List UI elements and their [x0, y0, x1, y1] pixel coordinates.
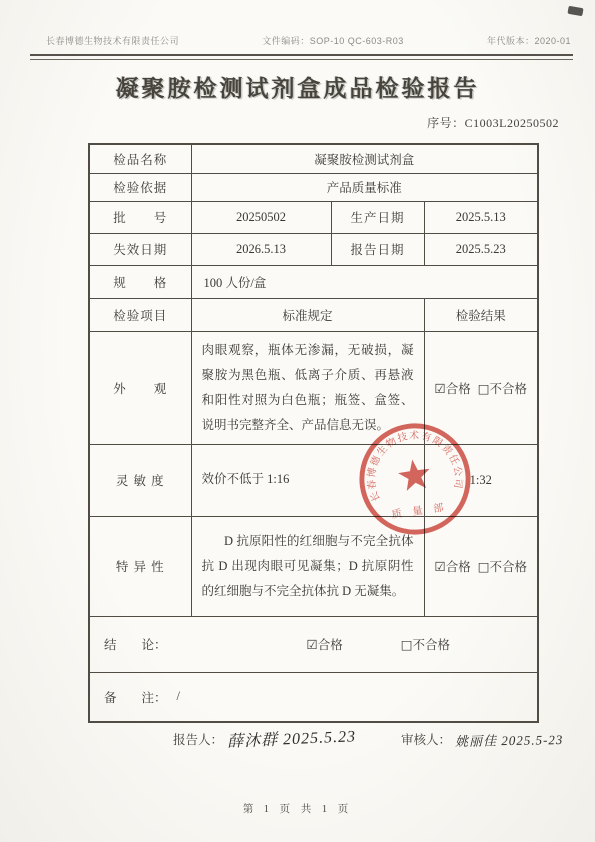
expiry-label: 失效日期 — [89, 233, 191, 265]
row-appearance: 外 观 肉眼观察，瓶体无渗漏，无破损，凝聚胺为黑色瓶、低离子介质、再悬液和阳性对… — [89, 331, 538, 444]
row-sensitivity: 灵 敏 度 效价不低于 1:16 1:32 — [89, 444, 538, 516]
row-inspection-basis: 检验依据 产品质量标准 — [89, 173, 538, 201]
specificity-standard: D 抗原阳性的红细胞与不完全抗体抗 D 出现肉眼可见凝集；D 抗原阴性的红细胞与… — [191, 516, 424, 616]
scanned-report-page: 长春博德生物技术有限责任公司 文件编码：SOP-10 QC-603-R03 年代… — [0, 0, 595, 842]
conclusion-fail-checkbox: □不合格 — [401, 635, 450, 653]
reviewer-signature-block: 审核人： 姚丽佳 2025.5-23 — [401, 730, 563, 749]
row-batch: 批 号 20250502 生产日期 2025.5.13 — [89, 201, 538, 233]
reporter-signature-block: 报告人： 薛沐群 2025.5.23 — [173, 730, 356, 749]
test-item-header: 检验项目 — [89, 298, 191, 331]
header-divider — [30, 54, 573, 60]
signature-row: 报告人： 薛沐群 2025.5.23 审核人： 姚丽佳 2025.5-23 — [88, 730, 558, 749]
sensitivity-item: 灵 敏 度 — [89, 444, 191, 516]
test-standard-header: 标准规定 — [191, 298, 424, 331]
sensitivity-result: 1:32 — [424, 444, 538, 516]
row-remarks: 备 注： / — [89, 672, 538, 722]
row-test-header: 检验项目 标准规定 检验结果 — [89, 298, 538, 331]
page-number-footer: 第 1 页 共 1 页 — [0, 801, 595, 816]
remarks-value: / — [177, 689, 180, 704]
batch-label: 批 号 — [89, 201, 191, 233]
serial-number: 序号：C1003L20250502 — [427, 114, 559, 131]
remarks-cell: 备 注： / — [89, 672, 538, 722]
conclusion-label: 结 论： — [104, 635, 167, 653]
appearance-item: 外 观 — [89, 331, 191, 444]
doc-code-value: SOP-10 QC-603-R03 — [310, 36, 404, 46]
reporter-label: 报告人： — [173, 730, 223, 748]
spec-value: 100 人份/盒 — [191, 265, 538, 298]
scan-artifact-mark — [567, 6, 583, 16]
expiry-value: 2026.5.13 — [191, 233, 331, 265]
row-sample-name: 检品名称 凝聚胺检测试剂盒 — [89, 144, 538, 173]
doc-code-label: 文件编码： — [262, 36, 310, 46]
conclusion-pass-checkbox: ☑合格 — [307, 635, 343, 653]
reporter-signature: 薛沐群 2025.5.23 — [227, 723, 357, 752]
sample-name-value: 凝聚胺检测试剂盒 — [191, 144, 538, 173]
reviewer-label: 审核人： — [401, 730, 451, 748]
appearance-result: ☑合格□不合格 — [424, 331, 538, 444]
header-doc-code: 文件编码：SOP-10 QC-603-R03 — [262, 34, 404, 47]
basis-value: 产品质量标准 — [191, 173, 538, 201]
version-label: 年代版本： — [487, 36, 535, 46]
sensitivity-standard: 效价不低于 1:16 — [191, 444, 424, 516]
row-specificity: 特 异 性 D 抗原阳性的红细胞与不完全抗体抗 D 出现肉眼可见凝集；D 抗原阴… — [89, 516, 538, 616]
production-date-value: 2025.5.13 — [424, 201, 538, 233]
header-version: 年代版本：2020-01 — [487, 34, 571, 47]
inspection-table: 检品名称 凝聚胺检测试剂盒 检验依据 产品质量标准 批 号 20250502 生… — [88, 143, 539, 723]
appearance-standard: 肉眼观察，瓶体无渗漏，无破损，凝聚胺为黑色瓶、低离子介质、再悬液和阳性对照为白色… — [191, 331, 424, 444]
remarks-label: 备 注： — [104, 688, 167, 706]
serial-value: C1003L20250502 — [465, 116, 559, 130]
sample-name-label: 检品名称 — [89, 144, 191, 173]
report-title: 凝聚胺检测试剂盒成品检验报告 — [0, 70, 595, 103]
batch-value: 20250502 — [191, 201, 331, 233]
basis-label: 检验依据 — [89, 173, 191, 201]
row-spec: 规 格 100 人份/盒 — [89, 265, 538, 298]
report-date-label: 报告日期 — [331, 233, 424, 265]
serial-label: 序号： — [427, 116, 465, 130]
specificity-pass-checkbox: ☑合格 — [434, 559, 470, 574]
test-result-header: 检验结果 — [424, 298, 538, 331]
conclusion-cell: 结 论： ☑合格 □不合格 — [89, 616, 538, 672]
row-expiry: 失效日期 2026.5.13 报告日期 2025.5.23 — [89, 233, 538, 265]
row-conclusion: 结 论： ☑合格 □不合格 — [89, 616, 538, 672]
version-value: 2020-01 — [534, 36, 571, 46]
specificity-item: 特 异 性 — [89, 516, 191, 616]
production-date-label: 生产日期 — [331, 201, 424, 233]
reviewer-signature: 姚丽佳 2025.5-23 — [455, 729, 564, 750]
header-company-name: 长春博德生物技术有限责任公司 — [46, 34, 179, 47]
appearance-pass-checkbox: ☑合格 — [434, 381, 470, 396]
specificity-result: ☑合格□不合格 — [424, 516, 538, 616]
appearance-fail-checkbox: □不合格 — [478, 381, 527, 396]
document-header: 长春博德生物技术有限责任公司 文件编码：SOP-10 QC-603-R03 年代… — [46, 34, 571, 47]
report-date-value: 2025.5.23 — [424, 233, 538, 265]
specificity-fail-checkbox: □不合格 — [478, 559, 527, 574]
spec-label: 规 格 — [89, 265, 191, 298]
